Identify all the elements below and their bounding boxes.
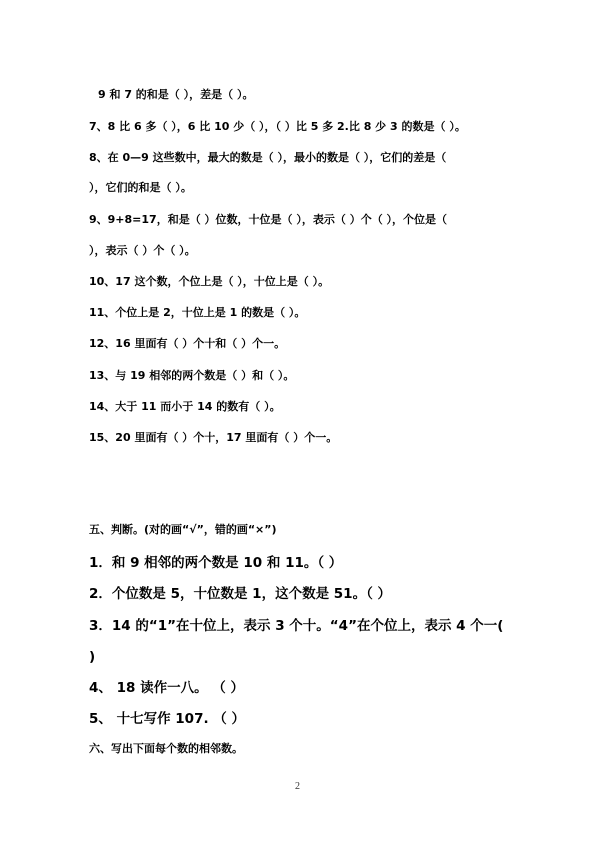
section-6-heading: 六、写出下面每个数的相邻数。 <box>89 742 243 756</box>
judge-item-5: 5、 十七写作 107. （ ） <box>89 710 245 728</box>
question-7: 7、8 比 6 多（ ），6 比 10 少（ ），（ ）比 5 多 2.比 8 … <box>89 120 466 134</box>
question-12: 12、16 里面有（ ）个十和（ ）个一。 <box>89 337 285 351</box>
page-number: 2 <box>0 781 595 792</box>
question-6-continued: 9 和 7 的和是（ ），差是（ ）。 <box>98 88 253 102</box>
judge-item-4: 4、 18 读作一八。 （ ） <box>89 679 244 697</box>
judge-item-3: 3．14 的“1”在十位上，表示 3 个十。“4”在个位上，表示 4 个一( <box>89 617 503 635</box>
question-8-continued: ），它们的和是（ ）。 <box>89 181 192 195</box>
judge-item-3-continued: ) <box>89 648 95 666</box>
section-5-heading: 五、判断。(对的画“√”，错的画“×”) <box>89 523 277 537</box>
question-9: 9、9+8=17，和是（ ）位数，十位是（ ），表示（ ）个（ ），个位是（ <box>89 213 447 227</box>
judge-item-1: 1．和 9 相邻的两个数是 10 和 11。（ ） <box>89 554 342 572</box>
judge-item-2: 2．个位数是 5，十位数是 1，这个数是 51。（ ） <box>89 585 391 603</box>
question-14: 14、大于 11 而小于 14 的数有（ ）。 <box>89 400 281 414</box>
question-8: 8、在 0—9 这些数中，最大的数是（ ），最小的数是（ ），它们的差是（ <box>89 151 446 165</box>
question-9-continued: ），表示（ ）个（ ）。 <box>89 244 196 258</box>
question-10: 10、17 这个数，个位上是（ ），十位上是（ ）。 <box>89 275 329 289</box>
question-13: 13、与 19 相邻的两个数是（ ）和（ ）。 <box>89 369 294 383</box>
question-15: 15、20 里面有（ ）个十，17 里面有（ ）个一。 <box>89 431 337 445</box>
question-11: 11、个位上是 2，十位上是 1 的数是（ ）。 <box>89 306 305 320</box>
